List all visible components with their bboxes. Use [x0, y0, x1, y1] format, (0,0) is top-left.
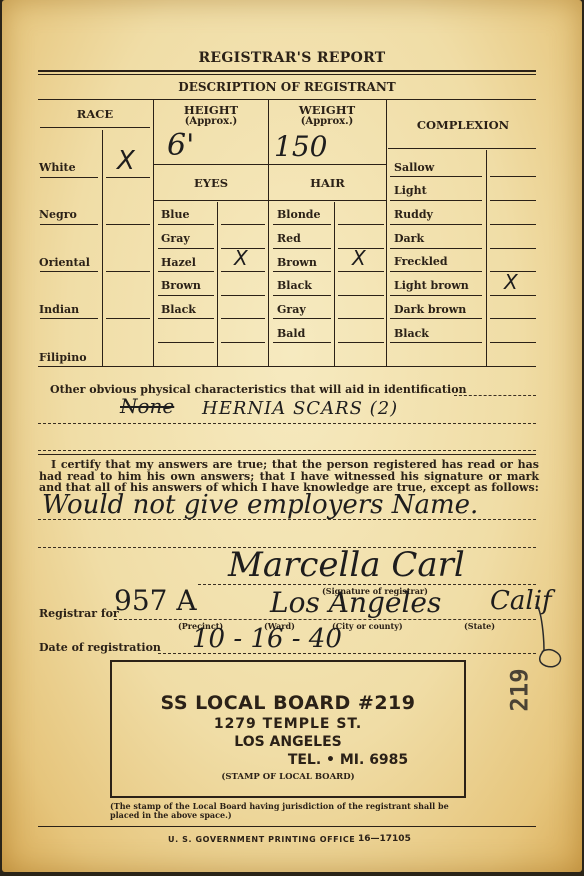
eyes-row-rule — [221, 342, 265, 343]
weight-header-label: WEIGHT — [299, 103, 355, 117]
eyes-row-rule — [158, 342, 214, 343]
stamp-board-name: SS LOCAL BOARD #219 — [112, 692, 464, 714]
eyes-hazel-mark: X — [234, 246, 248, 270]
hair-red: Red — [277, 232, 301, 245]
stamp-note: (The stamp of the Local Board having jur… — [110, 802, 474, 820]
race-indian: Indian — [39, 303, 79, 316]
form-number: 16—17105 — [358, 834, 411, 844]
precinct-value: 957 A — [114, 584, 197, 617]
complexion-row-rule — [390, 200, 482, 201]
complexion-mark-divider — [486, 150, 487, 366]
race-oriental: Oriental — [39, 256, 90, 269]
hair-row-rule — [338, 248, 384, 249]
eyes-row-rule — [221, 224, 265, 225]
height-value: 6' — [167, 128, 194, 163]
hair-row-rule — [273, 271, 331, 272]
complexion-sallow: Sallow — [394, 161, 434, 174]
complexion-light-brown-mark: X — [504, 270, 518, 294]
complexion-row-rule — [490, 271, 536, 272]
race-mark-divider — [102, 130, 103, 366]
height-header-label: HEIGHT — [184, 103, 238, 117]
race-row-rule — [40, 318, 98, 319]
dotted-line — [38, 519, 536, 520]
complexion-header: COMPLEXION — [388, 119, 538, 131]
race-white-mark: X — [117, 146, 135, 176]
hair-gray: Gray — [277, 303, 306, 316]
date-value: 10 - 16 - 40 — [192, 624, 342, 654]
eyes-hair-header-rule — [154, 200, 386, 201]
stamp-city: LOS ANGELES — [112, 734, 464, 750]
stamp-address: 1279 TEMPLE ST. — [112, 716, 464, 732]
eyes-black: Black — [161, 303, 196, 316]
race-row-rule — [106, 271, 150, 272]
col-divider — [268, 100, 269, 366]
eyes-row-rule — [221, 295, 265, 296]
complexion-row-rule — [490, 342, 536, 343]
race-row-rule — [40, 177, 98, 178]
height-header: HEIGHT (Approx.) — [154, 104, 268, 128]
height-header-sub: (Approx.) — [154, 116, 268, 128]
weight-value: 150 — [274, 130, 327, 163]
race-row-rule — [106, 224, 150, 225]
eyes-row-rule — [158, 295, 214, 296]
complexion-row-rule — [390, 342, 482, 343]
weight-header: WEIGHT (Approx.) — [270, 104, 384, 128]
hair-row-rule — [338, 318, 384, 319]
eyes-row-rule — [221, 248, 265, 249]
eyes-header: EYES — [154, 177, 268, 189]
hair-brown-mark: X — [352, 246, 366, 270]
stamp-caption: (STAMP OF LOCAL BOARD) — [112, 772, 464, 782]
eyes-row-rule — [158, 224, 214, 225]
eyes-blue: Blue — [161, 208, 189, 221]
date-line — [158, 653, 536, 654]
hair-row-rule — [273, 318, 331, 319]
registration-card: REGISTRAR'S REPORT DESCRIPTION OF REGIST… — [2, 0, 582, 872]
complexion-row-rule — [490, 176, 536, 177]
col-divider — [386, 100, 387, 366]
dotted-line — [38, 423, 536, 424]
hair-row-rule — [273, 248, 331, 249]
complexion-row-rule — [390, 318, 482, 319]
complexion-row-rule — [390, 224, 482, 225]
eyes-row-rule — [158, 271, 214, 272]
complexion-row-rule — [390, 295, 482, 296]
hair-mark-divider — [334, 202, 335, 366]
registrar-signature: Marcella Carl — [228, 545, 465, 585]
section-rule — [38, 454, 536, 455]
race-row-rule — [40, 224, 98, 225]
complexion-row-rule — [490, 295, 536, 296]
handwritten-loop — [532, 600, 572, 670]
complexion-dark: Dark — [394, 232, 424, 245]
complexion-dark-brown: Dark brown — [394, 303, 466, 316]
race-header-rule — [40, 127, 150, 128]
race-row-rule — [106, 177, 150, 178]
signature-line — [198, 584, 536, 585]
eyes-gray: Gray — [161, 232, 190, 245]
eyes-hazel: Hazel — [161, 256, 196, 269]
state-caption: (State) — [464, 621, 495, 631]
hair-row-rule — [338, 271, 384, 272]
complexion-row-rule — [390, 271, 482, 272]
eyes-row-rule — [221, 318, 265, 319]
hair-blonde: Blonde — [277, 208, 321, 221]
struck-value: None — [120, 394, 174, 418]
registrar-for-label: Registrar for — [39, 608, 119, 620]
table-top-rule — [38, 99, 536, 100]
race-header: RACE — [38, 108, 152, 120]
city-value: Los Angeles — [270, 586, 441, 619]
race-row-rule — [106, 318, 150, 319]
complexion-header-rule — [388, 148, 536, 149]
side-stamp-number: 219 — [506, 668, 534, 711]
complexion-row-rule — [490, 200, 536, 201]
table-bottom-rule — [38, 366, 536, 367]
date-label: Date of registration — [39, 642, 161, 654]
race-negro: Negro — [39, 208, 77, 221]
complexion-row-rule — [390, 248, 482, 249]
race-white: White — [39, 161, 76, 174]
hair-brown: Brown — [277, 256, 317, 269]
other-characteristics-label: Other obvious physical characteristics t… — [50, 384, 467, 396]
local-board-stamp: SS LOCAL BOARD #219 1279 TEMPLE ST. LOS … — [110, 660, 466, 798]
eyes-mark-divider — [217, 202, 218, 366]
col-divider — [153, 100, 154, 366]
complexion-light: Light — [394, 184, 427, 197]
complexion-ruddy: Ruddy — [394, 208, 433, 221]
hair-row-rule — [338, 342, 384, 343]
stamp-phone: TEL. • MI. 6985 — [112, 752, 464, 768]
hair-row-rule — [273, 224, 331, 225]
hair-row-rule — [338, 295, 384, 296]
hair-row-rule — [273, 295, 331, 296]
other-characteristics-value: HERNIA SCARS (2) — [202, 398, 398, 419]
description-heading: DESCRIPTION OF REGISTRANT — [38, 80, 536, 94]
hair-row-rule — [273, 342, 331, 343]
weight-header-sub: (Approx.) — [270, 116, 384, 128]
report-title: REGISTRAR'S REPORT — [2, 50, 582, 66]
registrar-for-line — [114, 619, 536, 620]
complexion-light-brown: Light brown — [394, 279, 469, 292]
hair-row-rule — [338, 224, 384, 225]
title-rule — [38, 70, 536, 75]
complexion-row-rule — [490, 224, 536, 225]
eyes-row-rule — [221, 271, 265, 272]
complexion-row-rule — [490, 248, 536, 249]
complexion-row-rule — [390, 176, 482, 177]
dotted-line — [454, 395, 536, 396]
hair-black: Black — [277, 279, 312, 292]
certification-text: I certify that my answers are true; that… — [39, 459, 539, 494]
height-rule — [154, 164, 268, 165]
complexion-row-rule — [490, 318, 536, 319]
certification-exception: Would not give employers Name. — [42, 490, 478, 520]
eyes-row-rule — [158, 248, 214, 249]
printer-credit: U. S. GOVERNMENT PRINTING OFFICE — [168, 835, 355, 844]
weight-rule — [269, 164, 386, 165]
city-caption: (City or county) — [332, 621, 403, 631]
footer-rule — [38, 826, 536, 827]
eyes-row-rule — [158, 318, 214, 319]
race-row-rule — [40, 271, 98, 272]
hair-header: HAIR — [269, 177, 386, 189]
eyes-brown: Brown — [161, 279, 201, 292]
hair-bald: Bald — [277, 327, 305, 340]
race-filipino: Filipino — [39, 351, 87, 364]
dotted-line — [38, 450, 536, 451]
complexion-freckled: Freckled — [394, 255, 448, 268]
complexion-black: Black — [394, 327, 429, 340]
